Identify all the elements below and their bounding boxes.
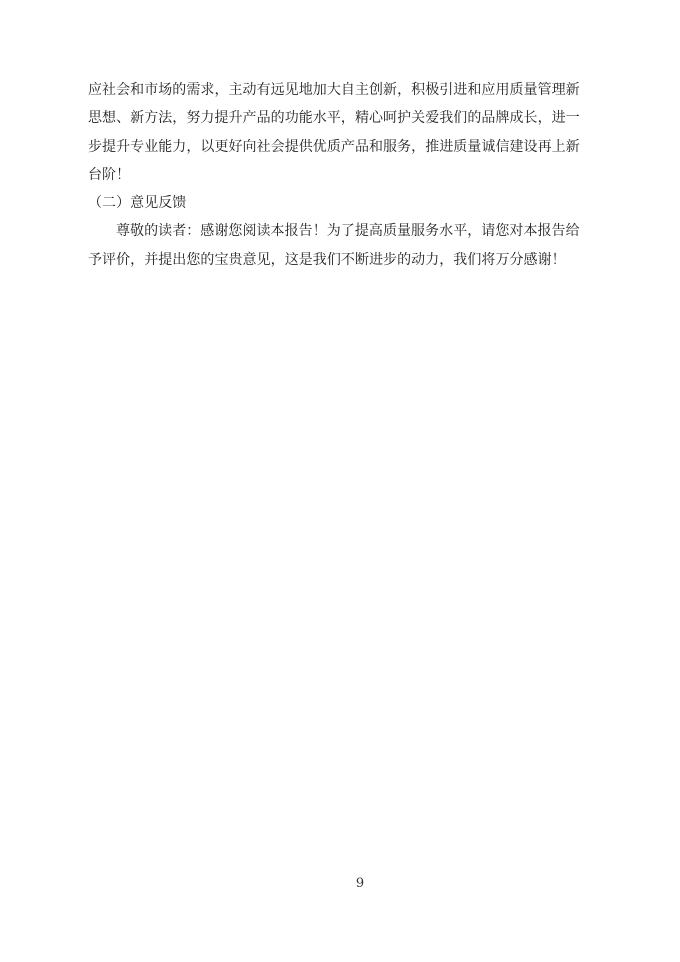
paragraph-line: 予评价，并提出您的宝贵意见，这是我们不断进步的动力，我们将万分感谢！: [88, 246, 584, 274]
section-heading: （二）意见反馈: [88, 189, 584, 217]
paragraph-line: 台阶！: [88, 161, 584, 189]
paragraph-line: 尊敬的读者：感谢您阅读本报告！为了提高质量服务水平，请您对本报告给: [88, 217, 584, 245]
document-text-block: 应社会和市场的需求，主动有远见地加大自主创新，积极引进和应用质量管理新 思想、新…: [88, 76, 584, 274]
document-page: 应社会和市场的需求，主动有远见地加大自主创新，积极引进和应用质量管理新 思想、新…: [0, 0, 680, 962]
paragraph-line: 步提升专业能力，以更好向社会提供优质产品和服务，推进质量诚信建设再上新: [88, 133, 584, 161]
page-number: 9: [356, 876, 364, 892]
paragraph-line: 应社会和市场的需求，主动有远见地加大自主创新，积极引进和应用质量管理新: [88, 76, 584, 104]
paragraph-line: 思想、新方法，努力提升产品的功能水平，精心呵护关爱我们的品牌成长，进一: [88, 104, 584, 132]
